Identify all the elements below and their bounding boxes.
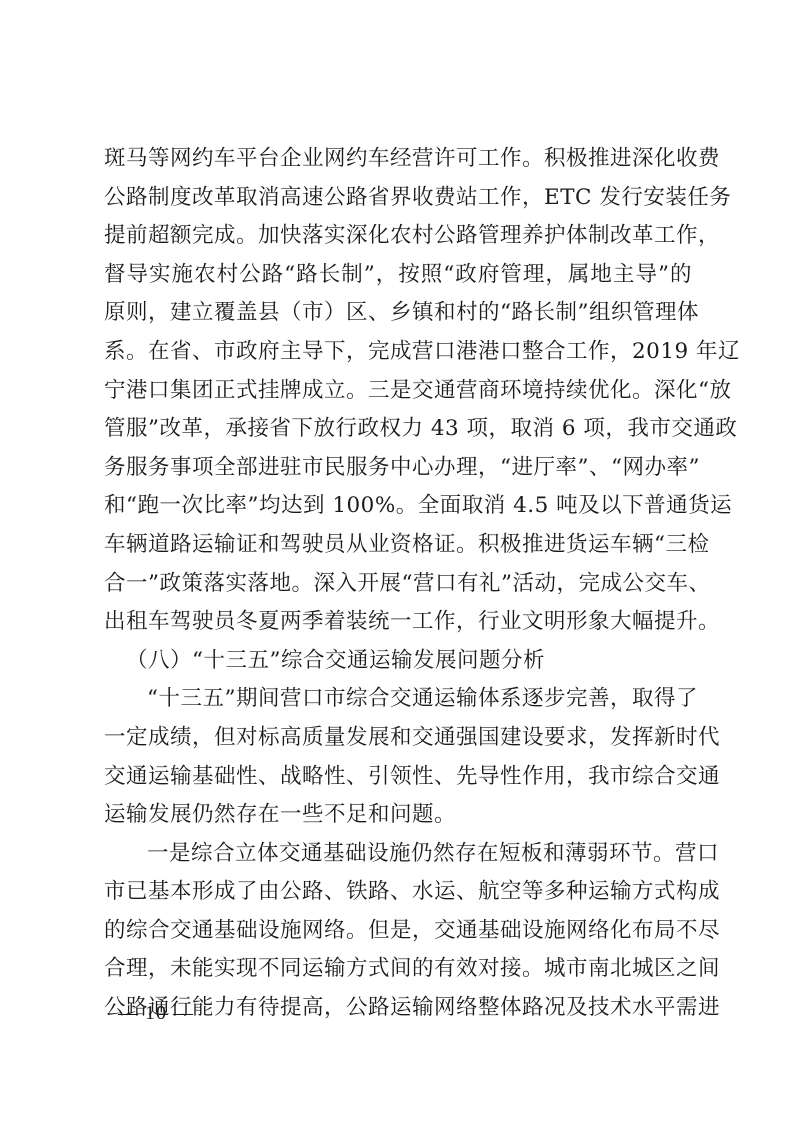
- text-line: 车辆道路运输证和驾驶员从业资格证。积极推进货运车辆“三检: [104, 526, 692, 565]
- text-line: 系。在省、市政府主导下，完成营口港港口整合工作，2019 年辽: [104, 333, 692, 372]
- text-line: 原则，建立覆盖县（市）区、乡镇和村的“路长制”组织管理体: [104, 294, 692, 333]
- text-line: 合理，未能实现不同运输方式间的有效对接。城市南北城区之间: [104, 950, 692, 989]
- text-line: 提前超额完成。加快落实深化农村公路管理养护体制改革工作，: [104, 217, 692, 256]
- section-heading: （八）“十三五”综合交通运输发展问题分析: [104, 642, 692, 681]
- text-line: 交通运输基础性、战略性、引领性、先导性作用，我市综合交通: [104, 758, 692, 797]
- text-line: 一定成绩，但对标高质量发展和交通强国建设要求，发挥新时代: [104, 719, 692, 758]
- text-line: 运输发展仍然存在一些不足和问题。: [104, 796, 692, 835]
- text-line: 务服务事项全部进驻市民服务中心办理，“进厅率”、“网办率”: [104, 449, 692, 488]
- text-line: 督导实施农村公路“路长制”，按照“政府管理，属地主导”的: [104, 256, 692, 295]
- body-text: 斑马等网约车平台企业网约车经营许可工作。积极推进深化收费 公路制度改革取消高速公…: [104, 140, 692, 1028]
- text-line: 管服”改革，承接省下放行政权力 43 项，取消 6 项，我市交通政: [104, 410, 692, 449]
- document-page: 斑马等网约车平台企业网约车经营许可工作。积极推进深化收费 公路制度改革取消高速公…: [0, 0, 793, 1122]
- text-line: 宁港口集团正式挂牌成立。三是交通营商环境持续优化。深化“放: [104, 372, 692, 411]
- text-line: 合一”政策落实落地。深入开展“营口有礼”活动，完成公交车、: [104, 565, 692, 604]
- text-line: 市已基本形成了由公路、铁路、水运、航空等多种运输方式构成: [104, 873, 692, 912]
- text-line: 和“跑一次比率”均达到 100%。全面取消 4.5 吨及以下普通货运: [104, 487, 692, 526]
- page-number: — 10 —: [118, 1002, 194, 1025]
- text-line: 的综合交通基础设施网络。但是，交通基础设施网络化布局不尽: [104, 912, 692, 951]
- paragraph-start: 一是综合立体交通基础设施仍然存在短板和薄弱环节。营口: [104, 835, 692, 874]
- text-line: 出租车驾驶员冬夏两季着装统一工作，行业文明形象大幅提升。: [104, 603, 692, 642]
- text-line: 公路制度改革取消高速公路省界收费站工作，ETC 发行安装任务: [104, 179, 692, 218]
- text-line: 斑马等网约车平台企业网约车经营许可工作。积极推进深化收费: [104, 140, 692, 179]
- paragraph-start: “十三五”期间营口市综合交通运输体系逐步完善，取得了: [104, 680, 692, 719]
